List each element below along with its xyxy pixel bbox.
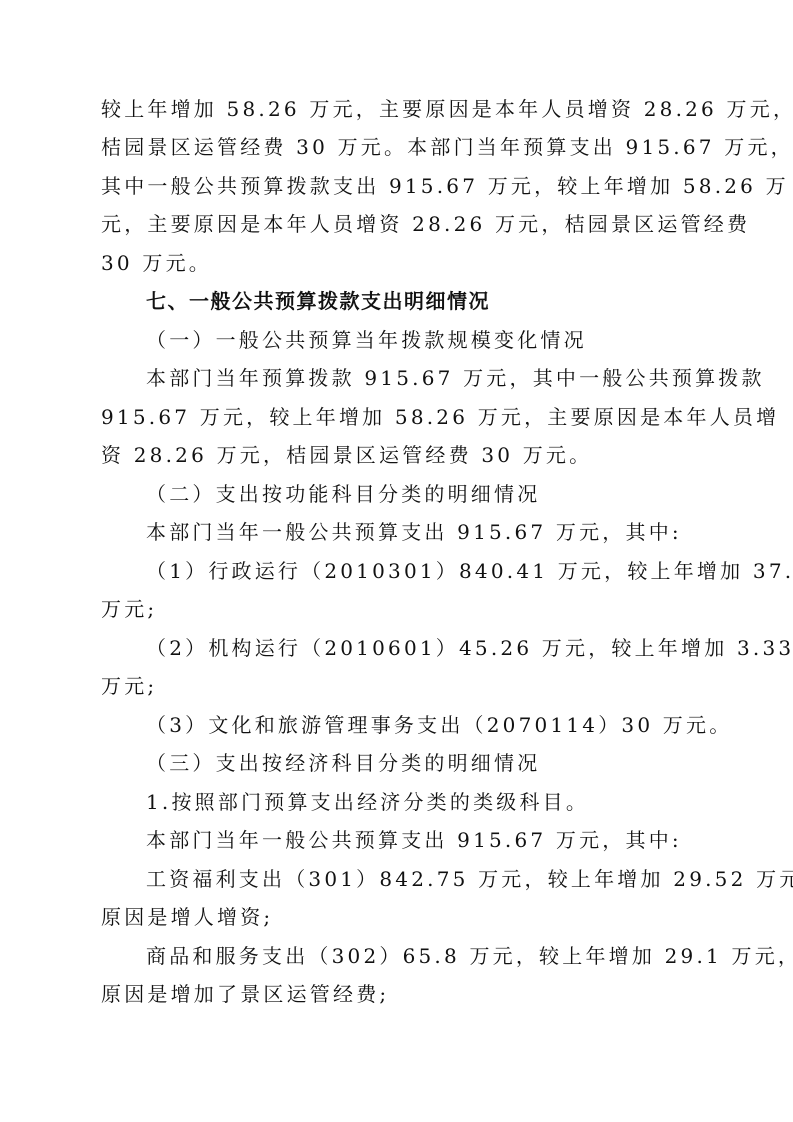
list-item-line: （2）机构运行（2010601）45.26 万元，较上年增加 3.33: [146, 633, 693, 663]
paragraph-line: 其中一般公共预算拨款支出 915.67 万元，较上年增加 58.26 万: [101, 171, 693, 201]
paragraph-line: 资 28.26 万元，桔园景区运管经费 30 万元。: [101, 440, 693, 470]
list-item-line: 万元;: [101, 594, 693, 624]
paragraph-line: 1.按照部门预算支出经济分类的类级科目。: [146, 787, 693, 817]
list-item-line: （1）行政运行（2010301）840.41 万元，较上年增加 37.11: [146, 556, 693, 586]
paragraph-line: 元，主要原因是本年人员增资 28.26 万元，桔园景区运管经费: [101, 209, 693, 239]
paragraph-line: 本部门当年一般公共预算支出 915.67 万元，其中:: [146, 825, 693, 855]
paragraph-line: 商品和服务支出（302）65.8 万元，较上年增加 29.1 万元，: [146, 941, 693, 971]
paragraph-line: 工资福利支出（301）842.75 万元，较上年增加 29.52 万元，: [146, 864, 693, 894]
subsection-heading: （三）支出按经济科目分类的明细情况: [146, 748, 693, 778]
paragraph-line: 原因是增人增资;: [101, 902, 693, 932]
paragraph-line: 较上年增加 58.26 万元，主要原因是本年人员增资 28.26 万元，: [101, 94, 693, 124]
document-page: 较上年增加 58.26 万元，主要原因是本年人员增资 28.26 万元， 桔园景…: [0, 0, 793, 1122]
section-heading: 七、一般公共预算拨款支出明细情况: [146, 286, 693, 316]
paragraph-line: 30 万元。: [101, 248, 693, 278]
subsection-heading: （二）支出按功能科目分类的明细情况: [146, 479, 693, 509]
paragraph-line: 本部门当年一般公共预算支出 915.67 万元，其中:: [146, 517, 693, 547]
list-item-line: （3）文化和旅游管理事务支出（2070114）30 万元。: [146, 710, 693, 740]
subsection-heading: （一）一般公共预算当年拨款规模变化情况: [146, 325, 693, 355]
paragraph-line: 915.67 万元，较上年增加 58.26 万元，主要原因是本年人员增: [101, 402, 693, 432]
paragraph-line: 桔园景区运管经费 30 万元。本部门当年预算支出 915.67 万元，: [101, 132, 693, 162]
paragraph-line: 原因是增加了景区运管经费;: [101, 979, 693, 1009]
paragraph-line: 本部门当年预算拨款 915.67 万元，其中一般公共预算拨款: [146, 363, 693, 393]
list-item-line: 万元;: [101, 671, 693, 701]
